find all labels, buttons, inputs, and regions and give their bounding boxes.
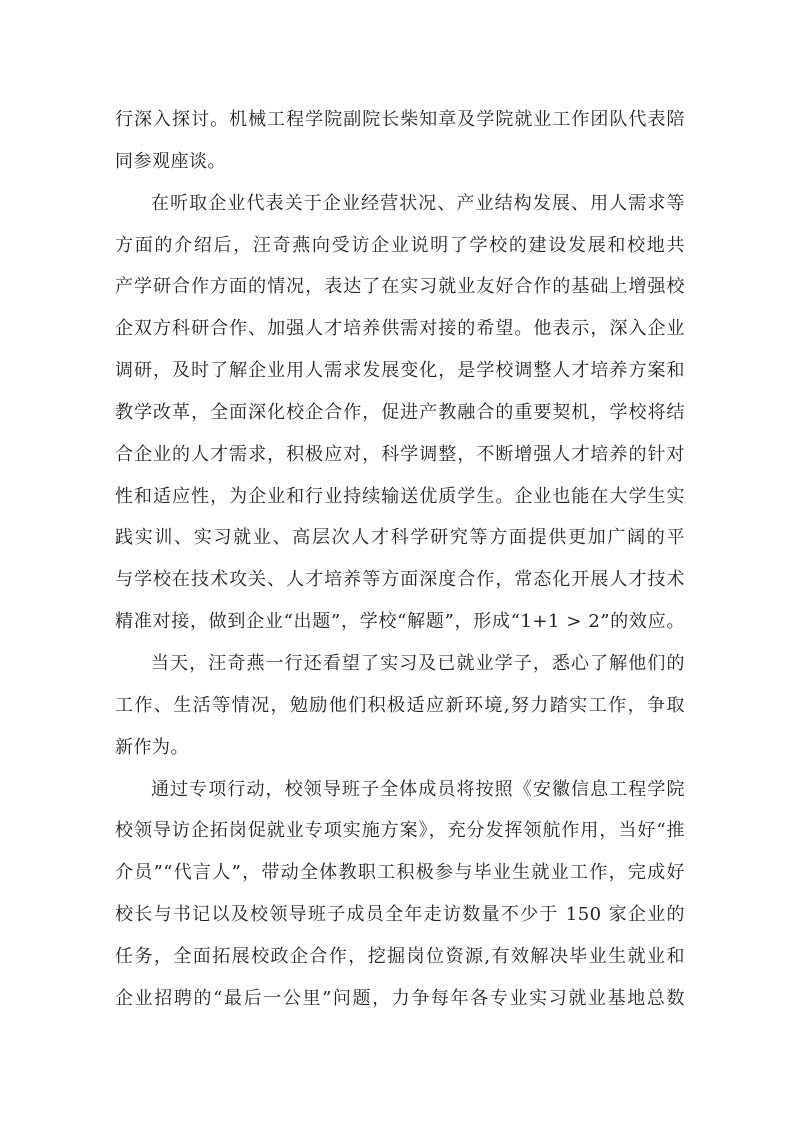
text-line: 工作、生活等情况，勉励他们积极适应新环境,努力踏实工作，争取 (115, 685, 685, 727)
text-line: 校长与书记以及校领导班子成员全年走访数量不少于 150 家企业的 (115, 894, 685, 936)
text-line: 企业招聘的“最后一公里”问题，力争每年各专业实习就业基地总数 (115, 978, 685, 1020)
text-line: 同参观座谈。 (115, 141, 685, 183)
paragraph: 当天，汪奇燕一行还看望了实习及已就业学子，悉心了解他们的工作、生活等情况，勉励他… (115, 643, 685, 769)
text-line: 方面的介绍后，汪奇燕向受访企业说明了学校的建设发展和校地共建、 (115, 225, 685, 267)
text-line: 在听取企业代表关于企业经营状况、产业结构发展、用人需求等 (115, 183, 685, 225)
text-line: 通过专项行动，校领导班子全体成员将按照《安徽信息工程学院 (115, 769, 685, 811)
text-line: 行深入探讨。机械工程学院副院长柴知章及学院就业工作团队代表陪 (115, 99, 685, 141)
text-line: 与学校在技术攻关、人才培养等方面深度合作，常态化开展人才技术 (115, 559, 685, 601)
text-line: 产学研合作方面的情况，表达了在实习就业友好合作的基础上增强校 (115, 266, 685, 308)
text-line: 企双方科研合作、加强人才培养供需对接的希望。他表示，深入企业 (115, 308, 685, 350)
text-line: 介员”“代言人”，带动全体教职工积极参与毕业生就业工作，完成好 (115, 852, 685, 894)
text-line: 新作为。 (115, 727, 685, 769)
paragraph: 行深入探讨。机械工程学院副院长柴知章及学院就业工作团队代表陪同参观座谈。 (115, 99, 685, 183)
document-page: 行深入探讨。机械工程学院副院长柴知章及学院就业工作团队代表陪同参观座谈。在听取企… (0, 0, 800, 1131)
text-line: 践实训、实习就业、高层次人才科学研究等方面提供更加广阔的平台， (115, 517, 685, 559)
document-body: 行深入探讨。机械工程学院副院长柴知章及学院就业工作团队代表陪同参观座谈。在听取企… (115, 99, 685, 1020)
text-line: 合企业的人才需求，积极应对，科学调整，不断增强人才培养的针对 (115, 434, 685, 476)
paragraph: 通过专项行动，校领导班子全体成员将按照《安徽信息工程学院校领导访企拓岗促就业专项… (115, 769, 685, 1020)
text-line: 当天，汪奇燕一行还看望了实习及已就业学子，悉心了解他们的 (115, 643, 685, 685)
text-line: 调研，及时了解企业用人需求发展变化，是学校调整人才培养方案和 (115, 350, 685, 392)
text-line: 教学改革，全面深化校企合作，促进产教融合的重要契机，学校将结 (115, 392, 685, 434)
paragraph: 在听取企业代表关于企业经营状况、产业结构发展、用人需求等方面的介绍后，汪奇燕向受… (115, 183, 685, 643)
text-line: 精准对接，做到企业“出题”，学校“解题”，形成“1+1 > 2”的效应。 (115, 601, 685, 643)
text-line: 性和适应性，为企业和行业持续输送优质学生。企业也能在大学生实 (115, 476, 685, 518)
text-line: 任务，全面拓展校政企合作，挖掘岗位资源,有效解决毕业生就业和 (115, 936, 685, 978)
text-line: 校领导访企拓岗促就业专项实施方案》，充分发挥领航作用，当好“推 (115, 810, 685, 852)
